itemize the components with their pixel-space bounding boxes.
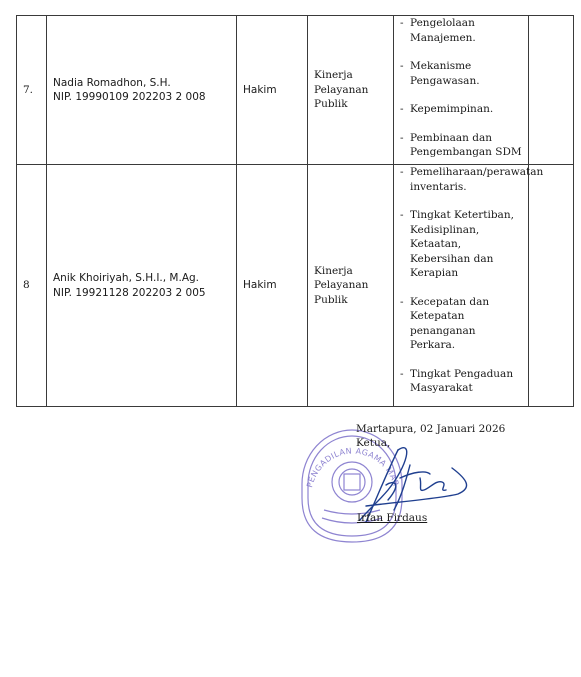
document-page: 7. Nadia Romadhon, S.H. NIP. 19990109 20… [0, 0, 581, 677]
area-cell: Kinerja Pelayanan Publik [308, 16, 394, 165]
indicator-cell: Pengelolaan Manajemen. Mekanisme Pengawa… [394, 16, 529, 165]
area-cell: Kinerja Pelayanan Publik [308, 165, 394, 407]
area-line: Kinerja [314, 264, 387, 279]
indicator-item: Tingkat Ketertiban, Kedisiplinan, Ketaat… [400, 208, 522, 281]
area-line: Publik [314, 293, 387, 308]
employee-cell: Nadia Romadhon, S.H. NIP. 19990109 20220… [47, 16, 237, 165]
table-row: 8 Anik Khoiriyah, S.H.I., M.Ag. NIP. 199… [17, 165, 574, 407]
area-line: Pelayanan [314, 278, 387, 293]
row-number: 7. [17, 16, 47, 165]
employee-cell: Anik Khoiriyah, S.H.I., M.Ag. NIP. 19921… [47, 165, 237, 407]
employee-nip: NIP. 19990109 202203 2 008 [53, 90, 230, 105]
area-line: Publik [314, 97, 387, 112]
indicator-item: Pemeliharaan/perawatan inventaris. [400, 165, 522, 194]
table-row: 7. Nadia Romadhon, S.H. NIP. 19990109 20… [17, 16, 574, 165]
employee-name: Anik Khoiriyah, S.H.I., M.Ag. [53, 271, 230, 286]
indicator-item: Pembinaan dan Pengembangan SDM [400, 131, 522, 160]
extra-cell [529, 16, 574, 165]
indicator-item: Kepemimpinan. [400, 102, 522, 117]
position-cell: Hakim [237, 16, 308, 165]
indicator-item: Kecepatan dan Ketepatan penanganan Perka… [400, 295, 522, 353]
indicator-list: Pemeliharaan/perawatan inventaris. Tingk… [400, 165, 522, 396]
place-date: Martapura, 02 Januari 2026 [356, 422, 505, 436]
indicator-list: Pengelolaan Manajemen. Mekanisme Pengawa… [400, 16, 522, 160]
employee-nip: NIP. 19921128 202203 2 005 [53, 286, 230, 301]
indicator-item: Pengelolaan Manajemen. [400, 16, 522, 45]
indicator-item: Mekanisme Pengawasan. [400, 59, 522, 88]
performance-table: 7. Nadia Romadhon, S.H. NIP. 19990109 20… [16, 15, 574, 407]
signatory-name: Irfan Firdaus [357, 512, 427, 524]
area-line: Kinerja [314, 68, 387, 83]
area-line: Pelayanan [314, 83, 387, 98]
employee-name: Nadia Romadhon, S.H. [53, 76, 230, 91]
indicator-cell: Pemeliharaan/perawatan inventaris. Tingk… [394, 165, 529, 407]
extra-cell [529, 165, 574, 407]
position-cell: Hakim [237, 165, 308, 407]
indicator-item: Tingkat Pengaduan Masyarakat [400, 367, 522, 396]
row-number: 8 [17, 165, 47, 407]
